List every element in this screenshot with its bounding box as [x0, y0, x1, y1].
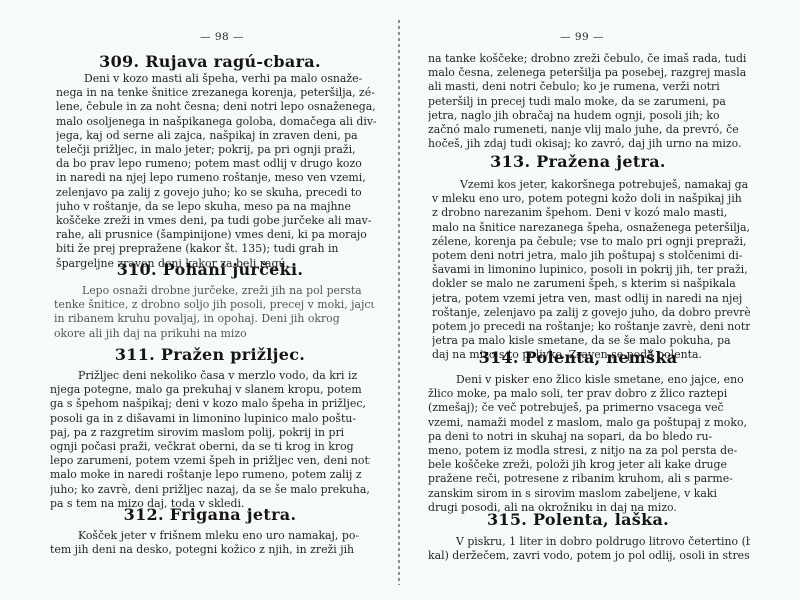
text-line: lene, čebule in za noht česna; deni notr…: [56, 100, 376, 114]
text-line: juho; ko zavrè, deni prižljec nazaj, da …: [50, 483, 370, 497]
text-line: nega in na tenke šnitice zrezanega koren…: [56, 86, 376, 100]
text-line: malo česna, zelenega peteršilja pa poseb…: [428, 66, 750, 80]
left-page: — 98 — 309. Rujava ragú-cbara. Deni v ko…: [50, 0, 370, 600]
recipe-title-313: 313. Pražena jetra.: [428, 152, 728, 171]
right-page: — 99 — na tanke koščeke; drobno zreži če…: [428, 0, 750, 600]
text-line: Vzemi kos jeter, kakoršnega potrebuješ, …: [432, 178, 750, 192]
text-line: kal) deržečem, zavri vodo, potem jo pol …: [428, 549, 750, 563]
text-line: dokler se malo ne zarumeni špeh, s kteri…: [432, 277, 750, 291]
page-number: — 98 —: [200, 31, 244, 43]
recipe-title-314: 314. Polenta, nemška: [428, 348, 728, 367]
text-line: telečji prižljec, in malo jeter; pokrij,…: [56, 143, 376, 157]
text-line: ga s špehom našpikaj; deni v kozo malo š…: [50, 397, 370, 411]
text-line: Deni v pisker eno žlico kisle smetane, e…: [428, 373, 750, 387]
text-line: jega, kaj od serne ali zajca, našpikaj i…: [56, 129, 376, 143]
text-line: pražene reči, potresene z ribanim kruhom…: [428, 472, 750, 486]
text-line: V piskru, 1 liter in dobro poldrugo litr…: [428, 535, 750, 549]
text-line: posoli ga in z dišavami in limonino lupi…: [50, 412, 370, 426]
text-line: začnó malo rumeneti, nanje vlij malo juh…: [428, 123, 750, 137]
text-line: ali masti, deni notri čebulo; ko je rume…: [428, 80, 750, 94]
recipe-text-314: Deni v pisker eno žlico kisle smetane, e…: [428, 373, 750, 515]
recipe-title-309: 309. Rujava ragú-cbara.: [50, 52, 370, 71]
text-line: paj, pa z razgretim sirovim maslom polij…: [50, 426, 370, 440]
text-line: tenke šnitice, z drobno soljo jih posoli…: [54, 298, 374, 312]
text-line: da bo prav lepo rumeno; potem mast odlij…: [56, 157, 376, 171]
text-line: Košček jeter v frišnem mleku eno uro nam…: [50, 529, 370, 543]
text-line: zélene, korenja pa čebule; vse to malo p…: [432, 235, 750, 249]
text-line: in ribanem kruhu povaljaj, in opohaj. De…: [54, 312, 374, 326]
text-line: in naredi na njej lepo rumeno roštanje, …: [56, 171, 376, 185]
text-line: njega potegne, malo ga prekuhaj v slanem…: [50, 383, 370, 397]
text-line: zanskim sirom in s sirovim maslom zabelj…: [428, 487, 750, 501]
book-gutter: [398, 20, 400, 585]
recipe-text-315: V piskru, 1 liter in dobro poldrugo litr…: [428, 535, 750, 563]
text-line: biti že prej prepražene (kakor št. 135);…: [56, 242, 376, 256]
text-line: bele koščeke zreži, položi jih krog jete…: [428, 458, 750, 472]
text-line: hočeš, jih zdaj tudi okisaj; ko zavró, d…: [428, 137, 750, 151]
text-line: roštanje, zelenjavo pa zalij z govejo ju…: [432, 306, 750, 320]
text-line: malo osoljenega in našpikanega goloba, d…: [56, 115, 376, 129]
recipe-title-315: 315. Polenta, laška.: [428, 510, 728, 529]
recipe-title-310: 310. Pohani jurčeki.: [50, 260, 370, 279]
text-line: malo moke in naredi roštanje lepo rumeno…: [50, 468, 370, 482]
text-line: potem deni notri jetra, malo jih poštupa…: [432, 249, 750, 263]
text-line: (zmešaj); če več potrebuješ, pa primerno…: [428, 401, 750, 415]
text-line: lepo zarumeni, potem vzemi špeh in prižl…: [50, 454, 370, 468]
text-line: jetra pa malo kisle smetane, da se še ma…: [432, 334, 750, 348]
recipe-text-312: Košček jeter v frišnem mleku eno uro nam…: [50, 529, 370, 557]
text-line: okore ali jih daj na prikuhi na mizo: [54, 327, 374, 341]
text-line: jetra, naglo jih obračaj na hudem ognji,…: [428, 109, 750, 123]
text-line: jetra, potem vzemi jetra ven, mast odlij…: [432, 292, 750, 306]
text-line: peteršilj in precej tudi malo moke, da s…: [428, 95, 750, 109]
text-line: vzemi, namaži model z maslom, malo ga po…: [428, 416, 750, 430]
text-line: na tanke koščeke; drobno zreži čebulo, č…: [428, 52, 750, 66]
text-line: malo na šnitice narezanega špeha, osnaže…: [432, 221, 750, 235]
text-line: Deni v kozo masti ali špeha, verhi pa ma…: [56, 72, 376, 86]
text-line: Lepo osnaži drobne jurčeke, zreži jih na…: [54, 284, 374, 298]
text-line: koščeke zreži in vmes deni, pa tudi gobe…: [56, 214, 376, 228]
text-line: ognji počasi praži, večkrat oberni, da s…: [50, 440, 370, 454]
text-line: tem jih deni na desko, potegni kožico z …: [50, 543, 370, 557]
text-line: šavami in limonino lupinico, posoli in p…: [432, 263, 750, 277]
text-line: z drobno narezanim špehom. Deni v kozó m…: [432, 206, 750, 220]
recipe-text-313: Vzemi kos jeter, kakoršnega potrebuješ, …: [432, 178, 750, 363]
page-number: — 99 —: [560, 31, 604, 43]
continuation-text-312: na tanke koščeke; drobno zreži čebulo, č…: [428, 52, 750, 151]
text-line: pa deni to notri in skuhaj na sopari, da…: [428, 430, 750, 444]
text-line: žlico moke, pa malo soli, ter prav dobro…: [428, 387, 750, 401]
recipe-title-312: 312. Frigana jetra.: [50, 505, 370, 524]
text-line: juho v roštanje, da se lepo skuha, meso …: [56, 200, 376, 214]
recipe-text-310: Lepo osnaži drobne jurčeke, zreži jih na…: [54, 284, 374, 341]
text-line: zelenjavo pa zalij z govejo juho; ko se …: [56, 186, 376, 200]
text-line: potem jo precedi na roštanje; ko roštanj…: [432, 320, 750, 334]
text-line: Prižljec deni nekoliko časa v merzlo vod…: [50, 369, 370, 383]
recipe-title-311: 311. Pražen prižljec.: [50, 345, 370, 364]
text-line: meno, potem iz modla stresi, z nitjo na …: [428, 444, 750, 458]
recipe-text-311: Prižljec deni nekoliko časa v merzlo vod…: [50, 369, 370, 511]
text-line: v mleku eno uro, potem potegni kožo doli…: [432, 192, 750, 206]
text-line: rahe, ali prusnice (šampinijone) vmes de…: [56, 228, 376, 242]
recipe-text-309: Deni v kozo masti ali špeha, verhi pa ma…: [56, 72, 376, 271]
